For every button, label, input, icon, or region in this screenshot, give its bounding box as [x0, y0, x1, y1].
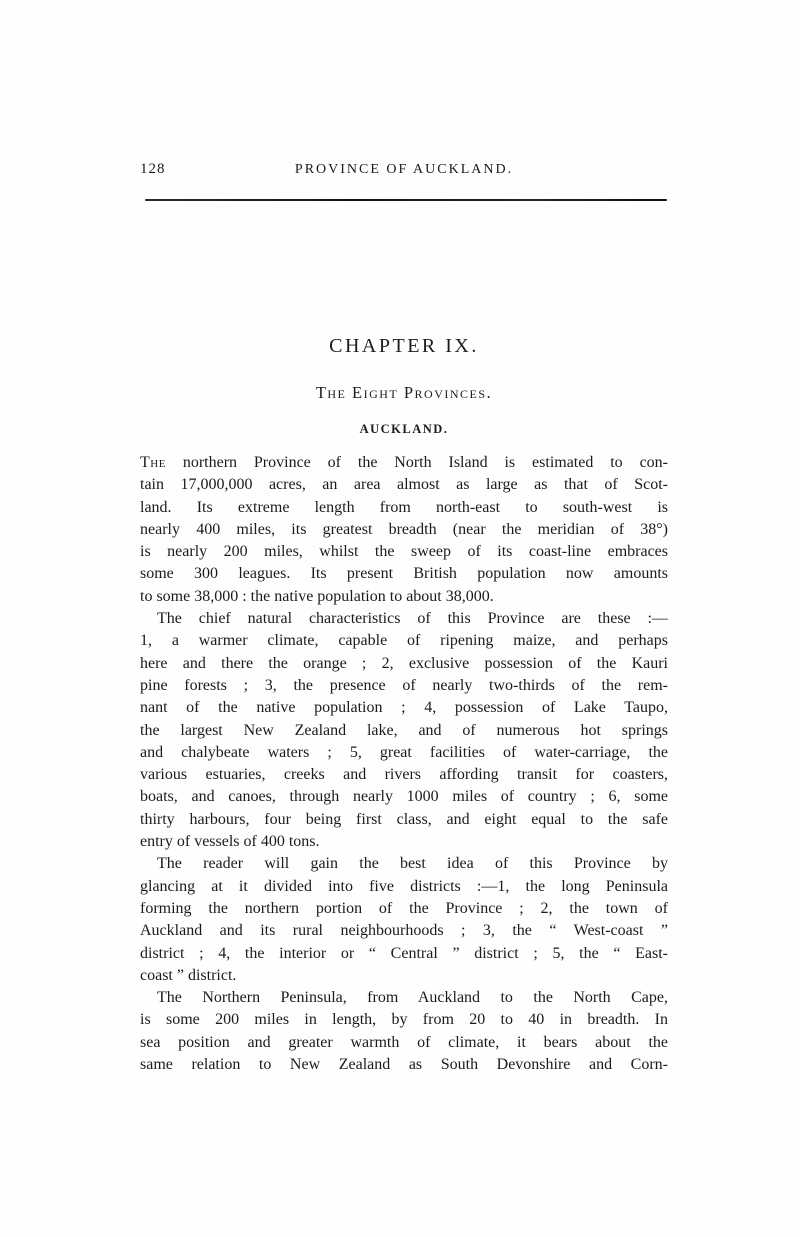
section-heading: AUCKLAND.	[140, 422, 668, 437]
text-line: entry of vessels of 400 tons.	[140, 831, 668, 853]
text-line: same relation to New Zealand as South De…	[140, 1054, 668, 1076]
text-line: 1, a warmer climate, capable of ripening…	[140, 630, 668, 652]
header-rule	[145, 199, 667, 201]
running-header: 128 PROVINCE OF AUCKLAND.	[140, 161, 668, 183]
book-page: 128 PROVINCE OF AUCKLAND. CHAPTER IX. Th…	[0, 0, 800, 1237]
text-line: to some 38,000 : the native population t…	[140, 586, 668, 608]
text-line: pine forests ; 3, the presence of nearly…	[140, 675, 668, 697]
text-line: some 300 leagues. Its present British po…	[140, 563, 668, 585]
body-text: The northern Province of the North Islan…	[140, 452, 668, 1076]
text-line: forming the northern portion of the Prov…	[140, 898, 668, 920]
text-line: The Northern Peninsula, from Auckland to…	[140, 987, 668, 1009]
text-line: is some 200 miles in length, by from 20 …	[140, 1009, 668, 1031]
text-line: boats, and canoes, through nearly 1000 m…	[140, 786, 668, 808]
text-line: sea position and greater warmth of clima…	[140, 1032, 668, 1054]
text-line: The chief natural characteristics of thi…	[140, 608, 668, 630]
text-line: nant of the native population ; 4, posse…	[140, 697, 668, 719]
text-line: land. Its extreme length from north-east…	[140, 497, 668, 519]
text-line: and chalybeate waters ; 5, great facilit…	[140, 742, 668, 764]
text-line: here and there the orange ; 2, exclusive…	[140, 653, 668, 675]
text-line: thirty harbours, four being first class,…	[140, 809, 668, 831]
running-title: PROVINCE OF AUCKLAND.	[140, 162, 668, 178]
text-line: glancing at it divided into five distric…	[140, 876, 668, 898]
chapter-subtitle: The Eight Provinces.	[140, 383, 668, 403]
text-line: nearly 400 miles, its greatest breadth (…	[140, 519, 668, 541]
text-line: Auckland and its rural neighbourhoods ; …	[140, 920, 668, 942]
text-line: district ; 4, the interior or “ Central …	[140, 943, 668, 965]
text-line: coast ” district.	[140, 965, 668, 987]
text-line: the largest New Zealand lake, and of num…	[140, 720, 668, 742]
text-line: tain 17,000,000 acres, an area almost as…	[140, 474, 668, 496]
text-line: various estuaries, creeks and rivers aff…	[140, 764, 668, 786]
chapter-title: CHAPTER IX.	[140, 335, 668, 358]
text-line: is nearly 200 miles, whilst the sweep of…	[140, 541, 668, 563]
small-caps-lead: The	[140, 454, 166, 471]
text-line: The northern Province of the North Islan…	[140, 452, 668, 474]
text-line: The reader will gain the best idea of th…	[140, 853, 668, 875]
